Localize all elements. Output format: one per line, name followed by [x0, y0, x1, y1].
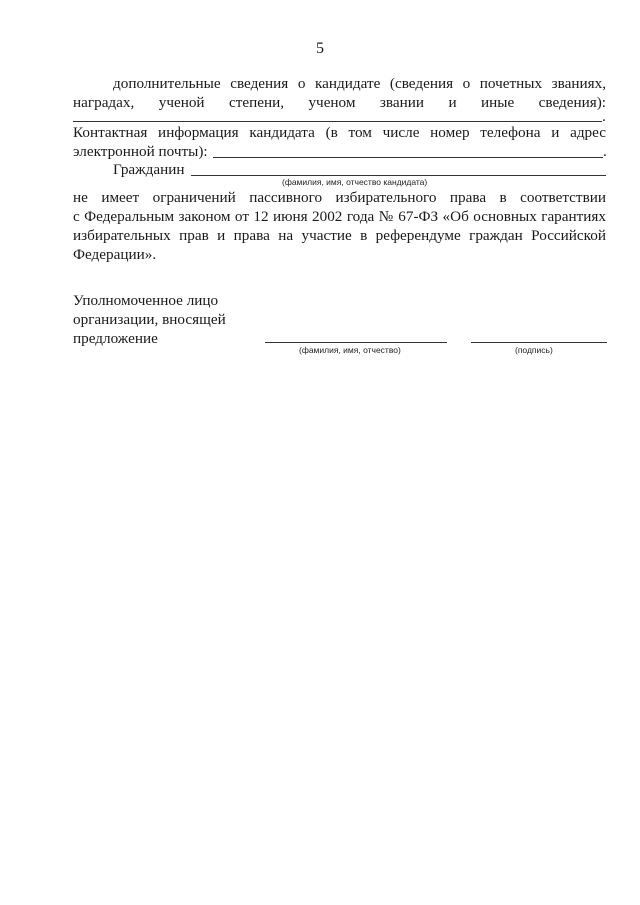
contact-info-line-1: Контактная информация кандидата (в том ч…: [73, 124, 606, 142]
additional-info-field[interactable]: [73, 121, 602, 122]
additional-info-line-2: наградах, ученой степени, ученом звании …: [73, 94, 606, 112]
signature-field[interactable]: [471, 342, 607, 343]
authorized-name-field[interactable]: [265, 342, 447, 343]
citizen-label: Гражданин: [113, 161, 185, 179]
law-line-1: не имеет ограничений пассивного избирате…: [73, 189, 606, 207]
signature-caption: (подпись): [515, 345, 553, 355]
law-line-3: избирательных прав и права на участие в …: [73, 227, 606, 245]
citizen-name-caption: (фамилия, имя, отчество кандидата): [282, 177, 427, 187]
additional-info-line-1: дополнительные сведения о кандидате (све…: [73, 75, 606, 93]
contact-info-period: .: [603, 143, 607, 161]
law-line-2: с Федеральным законом от 12 июня 2002 го…: [73, 208, 606, 226]
authorized-name-caption: (фамилия, имя, отчество): [299, 345, 401, 355]
citizen-name-field[interactable]: [191, 175, 606, 176]
page-number: 5: [0, 40, 640, 58]
contact-info-field[interactable]: [213, 157, 603, 158]
contact-info-label: электронной почты):: [73, 143, 208, 161]
law-line-4: Федерации».: [73, 246, 156, 264]
